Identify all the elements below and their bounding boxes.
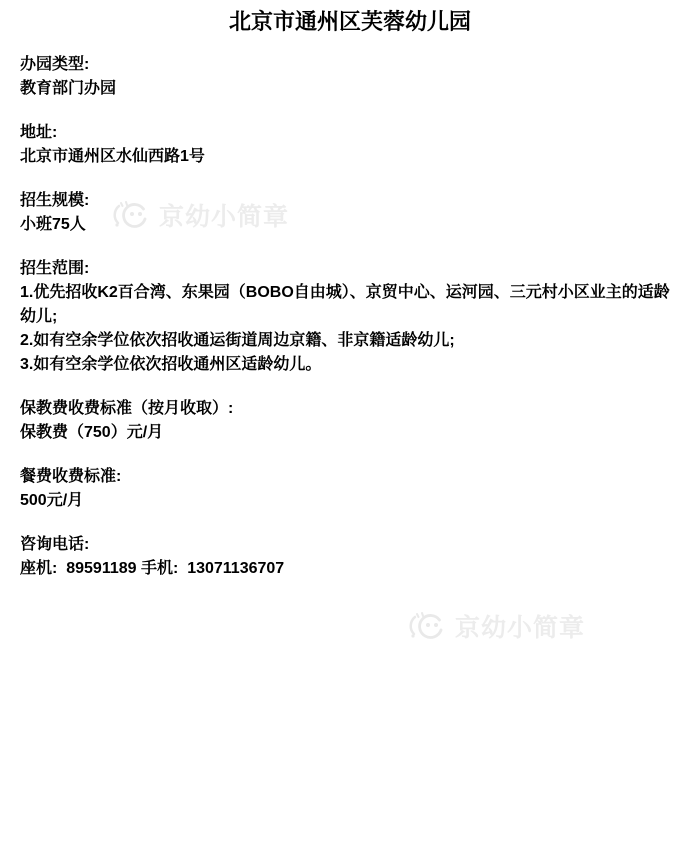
notice-document: 北京市通州区芙蓉幼儿园 办园类型: 教育部门办园 地址: 北京市通州区水仙西路1… [0,0,700,581]
section-label: 招生规模: [20,189,680,213]
watermark: 京幼小简章 [406,608,585,644]
kindergarten-notice-page: { "doc": { "title": "北京市通州区芙蓉幼儿园", "sect… [0,0,700,851]
page-title: 北京市通州区芙蓉幼儿园 [20,7,680,37]
section-label: 餐费收费标准: [20,465,680,489]
section-label: 招生范围: [20,257,680,281]
section-enrollment-scale: 招生规模: 小班75人 [20,189,680,237]
section-label: 保教费收费标准（按月收取）: [20,397,680,421]
section-value: 保教费（750）元/月 [20,421,680,445]
section-contact-phone: 咨询电话: 座机: 89591189 手机: 13071136707 [20,533,680,581]
section-label: 办园类型: [20,53,680,77]
section-address: 地址: 北京市通州区水仙西路1号 [20,121,680,169]
section-meal-fee: 餐费收费标准: 500元/月 [20,465,680,513]
section-label: 咨询电话: [20,533,680,557]
section-office-type: 办园类型: 教育部门办园 [20,53,680,101]
section-value: 座机: 89591189 手机: 13071136707 [20,557,680,581]
section-value: 1.优先招收K2百合湾、东果园（BOBO自由城）、京贸中心、运河园、三元村小区业… [20,281,680,377]
section-enrollment-scope: 招生范围: 1.优先招收K2百合湾、东果园（BOBO自由城）、京贸中心、运河园、… [20,257,680,377]
brand-logo-icon [406,610,444,642]
section-value: 北京市通州区水仙西路1号 [20,145,680,169]
section-value: 小班75人 [20,213,680,237]
section-label: 地址: [20,121,680,145]
watermark-text: 京幼小简章 [455,608,585,644]
section-tuition-fee: 保教费收费标准（按月收取）: 保教费（750）元/月 [20,397,680,445]
section-value: 500元/月 [20,489,680,513]
section-value: 教育部门办园 [20,77,680,101]
